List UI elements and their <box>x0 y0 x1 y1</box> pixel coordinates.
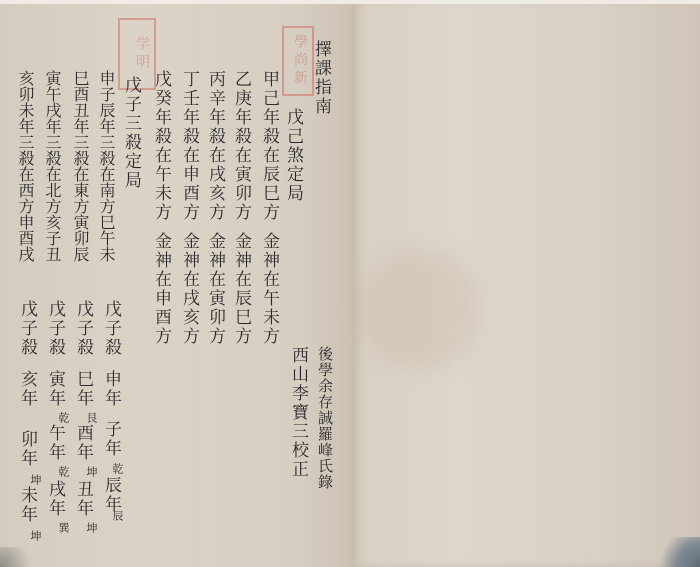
page-damage-left-corner <box>0 547 40 567</box>
section3-line-2: 金神在辰巳方 <box>230 232 252 346</box>
section4-col1-note1: 乾 <box>106 463 128 474</box>
section4-col2-note3: 坤 <box>80 522 102 533</box>
section4-col2-note2: 坤 <box>80 466 102 477</box>
section4-col2-item2: 酉年 <box>72 424 94 462</box>
section3-line-4: 金神在戌亥方 <box>178 232 200 346</box>
section4-col3-note2: 乾 <box>52 466 74 477</box>
section2-line-4: 亥卯未年三殺在西方申酉戌 <box>15 70 35 262</box>
section4-col4-head: 戊子殺 <box>16 300 38 357</box>
section4-col2-item1: 巳年 <box>72 370 94 408</box>
section4-col4-item2: 卯年 <box>16 430 38 468</box>
book-title: 擇課指南 <box>310 40 332 116</box>
section4-col4-note1: 坤 <box>24 474 46 485</box>
section3-line-1: 金神在午未方 <box>258 232 280 346</box>
colophon-author: 後學余存誠羅峰氏錄 <box>316 346 334 490</box>
section4-col1-item3: 辰年 <box>100 476 122 514</box>
section4-col3-note1: 乾 <box>52 412 74 423</box>
section2-line-1: 申子辰年三殺在南方巳午未 <box>96 70 116 262</box>
section4-col3-item1: 寅年 <box>44 370 66 408</box>
section4-col3-note3: 巽 <box>52 522 74 533</box>
section4-col3-head: 戊子殺 <box>44 300 66 357</box>
section1-line-1: 甲己年殺在辰巳方 <box>258 70 280 222</box>
page-damage-corner <box>650 537 700 567</box>
section4-col3-item2: 午年 <box>44 424 66 462</box>
section2-heading: 戊子三殺定局 <box>120 76 142 190</box>
section2-line-3: 寅午戌年三殺在北方亥子丑 <box>42 70 62 262</box>
section1-line-4: 丁壬年殺在申酉方 <box>178 70 200 222</box>
section1-line-3: 丙辛年殺在戌亥方 <box>204 70 226 222</box>
section1-line-5: 戊癸年殺在午未方 <box>150 70 172 222</box>
section4-col4-note2: 坤 <box>24 530 46 541</box>
section4-col1-head: 戊子殺 <box>100 300 122 357</box>
section3-line-5: 金神在申酉方 <box>150 232 172 346</box>
section4-col2-item3: 丑年 <box>72 480 94 518</box>
section4-col1-item2: 子年 <box>100 420 122 458</box>
page-top-edge <box>0 0 700 4</box>
section4-col2-head: 戊子殺 <box>72 300 94 357</box>
water-stain <box>360 250 480 370</box>
section4-col4-item1: 亥年 <box>16 370 38 408</box>
section1-heading: 戊己煞定局 <box>282 108 304 203</box>
section2-line-2: 巳酉丑年三殺在東方寅卯辰 <box>70 70 90 262</box>
section1-line-2: 乙庚年殺在寅卯方 <box>230 70 252 222</box>
section4-col3-item3: 戌年 <box>44 480 66 518</box>
colophon-editor: 西山李寶三校正 <box>288 346 308 479</box>
section4-col2-note1: 艮 <box>80 412 102 423</box>
section4-col4-item3: 未年 <box>16 486 38 524</box>
section3-line-3: 金神在寅卯方 <box>204 232 226 346</box>
section4-col1-note2: 辰 <box>106 510 128 521</box>
section4-col1-item1: 申年 <box>100 370 122 408</box>
